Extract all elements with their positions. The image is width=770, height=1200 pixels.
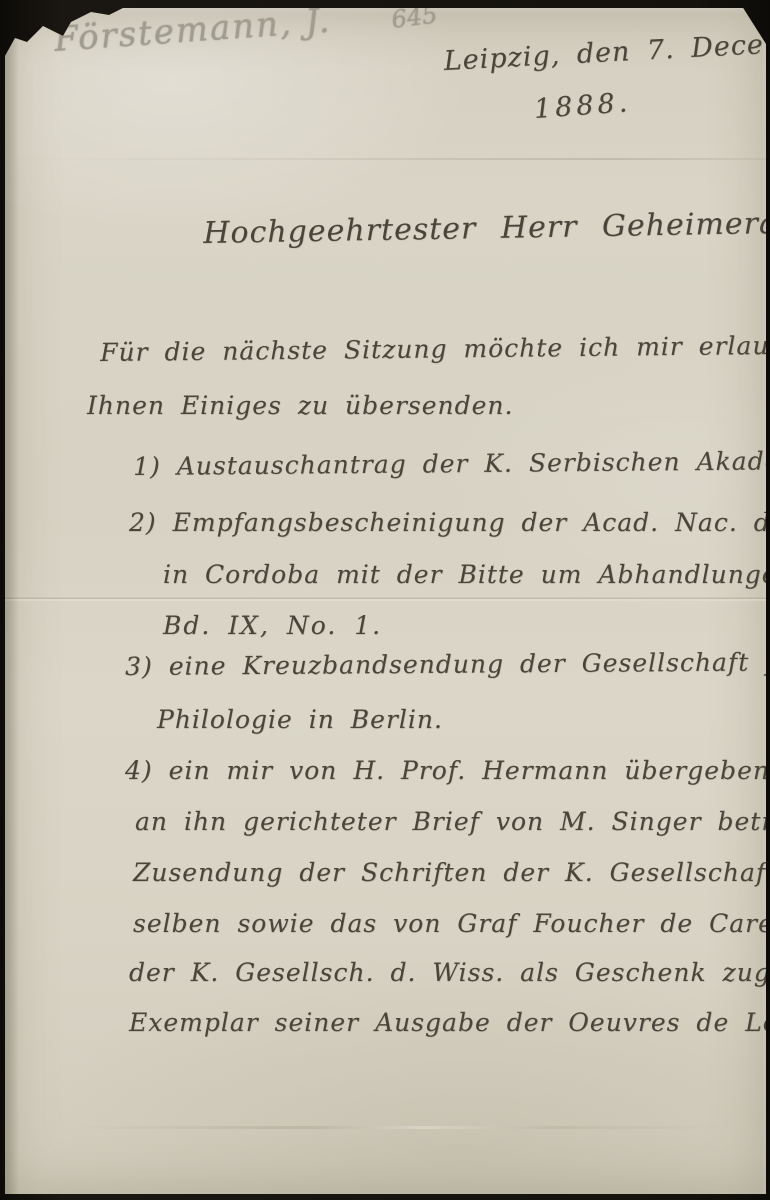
item-text: ein mir von H. Prof. Hermann übergebener: [169, 756, 766, 785]
fold-crease-top: [5, 158, 766, 160]
letter-salutation: Hochgeehrtester Herr Geheimerath,: [203, 205, 766, 251]
letter-item-line: der K. Gesellsch. d. Wiss. als Geschenk …: [129, 958, 766, 987]
item-number: 1): [133, 452, 161, 481]
pencil-owner-inscription: Förstemann, J.: [53, 8, 333, 60]
letter-item-line: 2)Empfangsbescheinigung der Acad. Nac. d…: [129, 508, 766, 537]
item-number: 4): [125, 756, 153, 785]
letter-paragraph-line: Ihnen Einiges zu übersenden.: [87, 391, 513, 420]
letter-item-line: Philologie in Berlin.: [157, 705, 443, 734]
letter-paragraph-line: Für die nächste Sitzung möchte ich mir e…: [100, 330, 766, 367]
item-text: eine Kreuzbandsendung der Gesellschaft f…: [169, 646, 766, 680]
letter-item-line: Bd. IX, No. 1.: [163, 611, 382, 640]
letter-item-line: 1)Austauschantrag der K. Serbischen Akad…: [133, 446, 766, 481]
fold-crease-bottom: [5, 1126, 766, 1129]
item-number: 3): [125, 652, 153, 681]
letter-item-line: 3)eine Kreuzbandsendung der Gesellschaft…: [125, 646, 766, 681]
pencil-folio-number: 645: [390, 8, 439, 34]
scanned-letter-page: Förstemann, J. 645 Leipzig, den 7. Decem…: [0, 0, 770, 1200]
letter-place-date: Leipzig, den 7. December: [443, 25, 766, 77]
letter-item-line: 4)ein mir von H. Prof. Hermann übergeben…: [125, 756, 766, 785]
letter-year: 1888.: [533, 87, 632, 125]
letter-item-line: selben sowie das von Graf Foucher de Car…: [133, 909, 766, 938]
left-edge-shadow: [5, 8, 19, 1194]
item-number: 2): [129, 508, 157, 537]
item-text: Austauschantrag der K. Serbischen Akadem…: [177, 446, 766, 481]
letter-paper: Förstemann, J. 645 Leipzig, den 7. Decem…: [5, 8, 766, 1194]
letter-item-line: in Cordoba mit der Bitte um Abhandlungen: [163, 560, 766, 589]
letter-item-line: an ihn gerichteter Brief von M. Singer b…: [135, 807, 766, 836]
fold-crease-middle: [5, 597, 766, 601]
letter-item-line: Zusendung der Schriften der K. Gesellsch…: [133, 858, 766, 887]
letter-item-line: Exemplar seiner Ausgabe der Oeuvres de L…: [129, 1008, 766, 1037]
item-text: Empfangsbescheinigung der Acad. Nac. de …: [173, 508, 766, 537]
